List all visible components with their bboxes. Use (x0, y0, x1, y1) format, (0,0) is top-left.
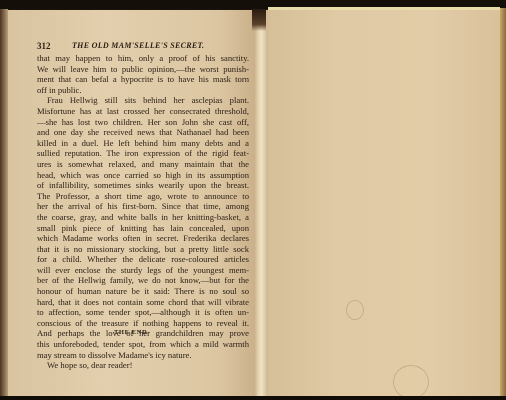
page-body-text: that may happen to him, only a proof of … (37, 53, 249, 371)
book-spread: 312 THE OLD MAM'SELLE'S SECRET. that may… (0, 0, 506, 400)
text-line: Frau Hellwig still sits behind her ascle… (37, 95, 249, 106)
bottom-shadow (0, 396, 506, 400)
text-line: We hope so, dear reader! (37, 360, 249, 371)
left-page-edge (0, 9, 8, 396)
text-line: head, which was once carried so high in … (37, 170, 249, 181)
text-line: We will leave him to public opinion,—the… (37, 64, 249, 75)
text-line: ures is somewhat relaxed, and many maint… (37, 159, 249, 170)
text-line: which Madame works often in secret. Fred… (37, 233, 249, 244)
text-line: off in public. (37, 85, 249, 96)
text-line: The Professor, a short time ago, wrote t… (37, 191, 249, 202)
text-line: that may happen to him, only a proof of … (37, 53, 249, 64)
running-title: THE OLD MAM'SELLE'S SECRET. (72, 41, 204, 50)
text-line: —she has lost two children. Her son John… (37, 117, 249, 128)
text-line: may stream to dissolve Madame's icy natu… (37, 350, 249, 361)
text-line: killed in a duel. He left behind him man… (37, 138, 249, 149)
right-page-blank (268, 10, 500, 396)
text-line: the coarse, gray, and white balls in her… (37, 212, 249, 223)
text-line: ment that can befal a hypocrite is to ha… (37, 74, 249, 85)
text-line: of infallibility, sometimes sinks wearil… (37, 180, 249, 191)
text-line: small pink piece of knitting has lain co… (37, 223, 249, 234)
text-line: to affection, some tender spot,—although… (37, 307, 249, 318)
text-line: for a child. Whether the delicate rose-c… (37, 254, 249, 265)
text-line: her the arrival of his first-born. Since… (37, 201, 249, 212)
text-line: hard, that it does not contain some chor… (37, 297, 249, 308)
spine-shadow (252, 9, 266, 31)
text-line: and one day she received news that Natha… (37, 127, 249, 138)
text-line: ber of the Hellwig family, we do not kno… (37, 275, 249, 286)
text-line: this unforeboded, tender spot, from whic… (37, 339, 249, 350)
water-stain (393, 365, 429, 399)
page-header: 312 THE OLD MAM'SELLE'S SECRET. (37, 41, 249, 53)
right-page-edge (500, 8, 506, 396)
text-line: Misfortune has at last crossed her conse… (37, 106, 249, 117)
text-line: conscious of the treasure if nothing hap… (37, 318, 249, 329)
text-line: that it is no missionary stocking, but a… (37, 244, 249, 255)
the-end-label: THE END. (114, 329, 150, 336)
text-line: honour of human nature be it said: There… (37, 286, 249, 297)
book-gutter (254, 10, 268, 396)
text-line: sullied reputation. The iron expression … (37, 148, 249, 159)
water-stain (346, 300, 364, 320)
text-line: will ever enclose the sturdy legs of the… (37, 265, 249, 276)
page-number: 312 (37, 41, 51, 51)
